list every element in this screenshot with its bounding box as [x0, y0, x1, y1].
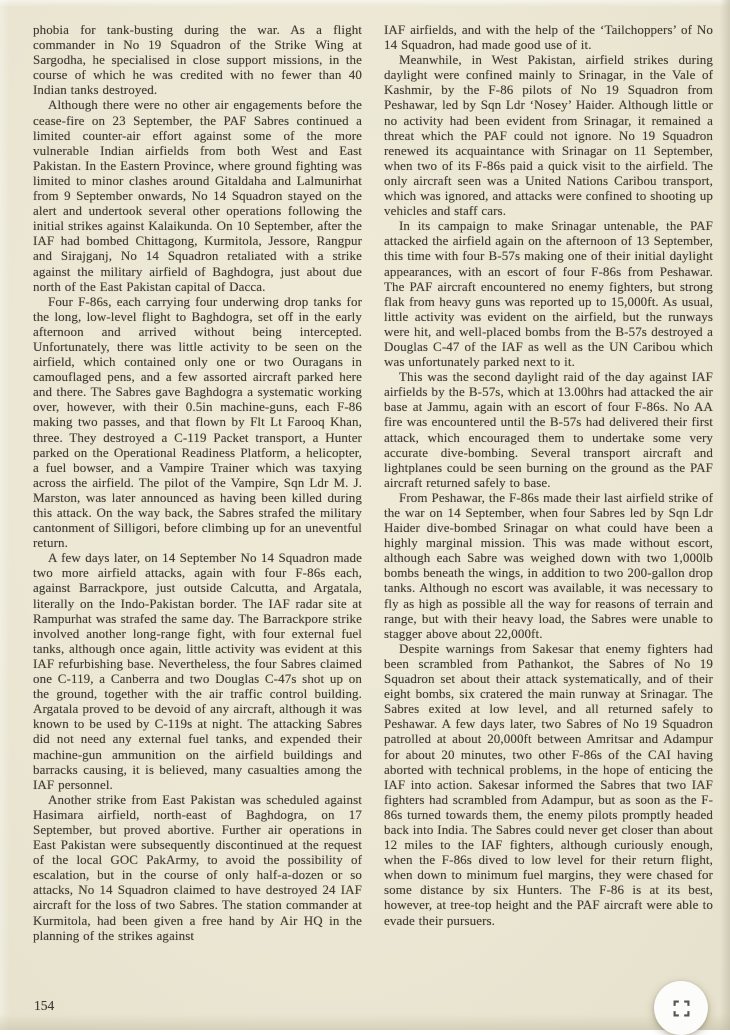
paragraph: IAF airfields, and with the help of the … — [384, 22, 713, 52]
paragraph: A few days later, on 14 September No 14 … — [33, 550, 362, 792]
right-column: IAF airfields, and with the help of the … — [384, 22, 713, 928]
fullscreen-button[interactable] — [654, 981, 708, 1030]
left-column: phobia for tank-busting during the war. … — [33, 22, 362, 943]
paragraph: In its campaign to make Srinagar untenab… — [384, 218, 713, 369]
paragraph: Despite warnings from Sakesar that enemy… — [384, 641, 713, 928]
page-edge-top — [0, 0, 730, 7]
paragraph: Four F-86s, each carrying four underwing… — [33, 294, 362, 551]
page-edge-bottom — [0, 1014, 730, 1030]
paragraph: Another strike from East Pakistan was sc… — [33, 792, 362, 943]
fullscreen-icon — [673, 1000, 690, 1017]
paragraph: phobia for tank-busting during the war. … — [33, 22, 362, 97]
book-page: phobia for tank-busting during the war. … — [0, 0, 730, 1030]
paragraph: Although there were no other air engagem… — [33, 97, 362, 293]
page-edge-right — [720, 0, 730, 1030]
page-number: 154 — [34, 998, 54, 1014]
paragraph: This was the second daylight raid of the… — [384, 369, 713, 490]
paragraph: From Peshawar, the F-86s made their last… — [384, 490, 713, 641]
paragraph: Meanwhile, in West Pakistan, airfield st… — [384, 52, 713, 218]
page-edge-left — [0, 0, 10, 1030]
